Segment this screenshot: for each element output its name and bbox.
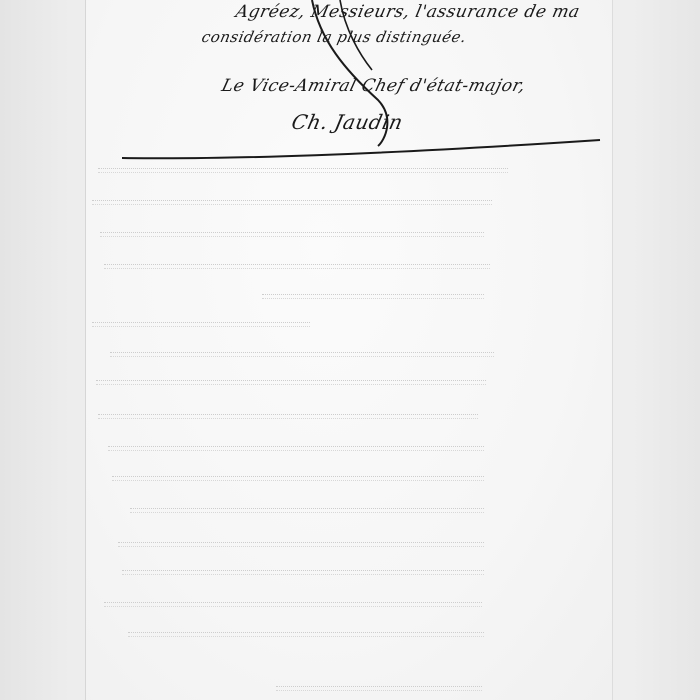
letter-page [86, 0, 612, 700]
signature-name: Ch. Jaudin [289, 110, 405, 134]
signature-title: Le Vice-Amiral Chef d'état-major, [220, 76, 528, 96]
closing-line-2: considération la plus distinguée. [200, 28, 468, 46]
closing-line-1: Agréez, Messieurs, l'assurance de ma [234, 2, 582, 22]
